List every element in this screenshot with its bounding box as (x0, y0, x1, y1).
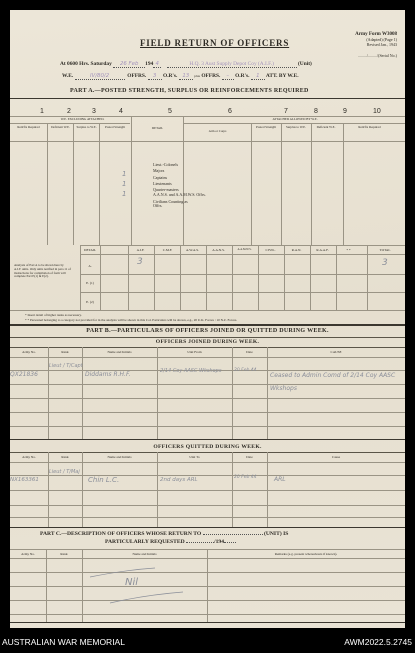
quitted-header: Unit To (157, 455, 232, 459)
grid-line (99, 123, 100, 245)
plus-label: plus (194, 74, 200, 78)
col-number: 5 (168, 108, 172, 115)
analysis-header: A.A.N.S. (206, 248, 231, 252)
name: Chin L.C. (88, 476, 119, 484)
grid-line (80, 274, 405, 275)
analysis-header: A.I.F. (128, 248, 153, 252)
grid-line (10, 462, 405, 463)
grid-line (311, 123, 312, 245)
posted-mark: 1 (122, 190, 126, 198)
part-c-title: PART C.—DESCRIPTION OF OFFICERS WHOSE RE… (40, 531, 201, 537)
grid-line (258, 245, 259, 310)
grid-line (232, 347, 233, 439)
unit-from: 2/14 Coy AASC Wkshops (160, 368, 230, 374)
nil-strike-lines (85, 565, 195, 610)
rank: Lieut / T/Capt (49, 362, 83, 370)
col-number: 1 (40, 108, 44, 115)
grid-line (80, 245, 405, 246)
rank: Lieut / T/Maj (49, 468, 83, 476)
analysis-header: A.W.A.S. (180, 248, 205, 252)
col-header: Rein'fts Required (347, 126, 392, 130)
grid-line (284, 245, 285, 310)
col-header: DETAIL (135, 127, 180, 131)
caption-institution: AUSTRALIAN WAR MEMORIAL (2, 637, 125, 647)
at-label: At 0600 Hrs. Saturday (60, 61, 112, 67)
divider (10, 98, 405, 99)
army-no: QX21836 (10, 371, 38, 378)
part-c-header: Remarks (e.g. present whereabouts if kno… (207, 552, 405, 556)
aif-count: 3 (137, 257, 143, 267)
name: Diddams R.H.F. (85, 371, 131, 378)
col-number: 7 (284, 108, 288, 115)
grid-line (267, 347, 268, 439)
col-header: Posted Strength (252, 126, 280, 130)
caption-accession-number: AWM2022.5.2745 (344, 637, 412, 647)
date: 20 Feb 44 (234, 475, 266, 481)
grid-line (82, 347, 83, 439)
grid-line (82, 452, 83, 527)
quitted-header: Cause (267, 455, 405, 459)
grid-line (10, 490, 405, 491)
analysis-header: C.M.F. (155, 248, 180, 252)
header-line-2: W.E. IV/80/2 OFFRS. 3 O.R's. 13 plus OFF… (62, 73, 299, 80)
col-header: Deficient W.E. (48, 126, 73, 130)
col-header: Surplus to W.E. (282, 126, 310, 130)
grid-line (46, 549, 47, 622)
grid-line (10, 517, 405, 518)
grid-line (10, 412, 405, 413)
grid-line (343, 123, 344, 245)
grid-line (100, 245, 101, 310)
unit-field[interactable]: H.Q. 3 Aust Supply Depot Coy (A.I.F.) (167, 61, 297, 68)
cause: Ceased to Admin Comd of 2/14 Coy AASC Wk… (270, 369, 400, 395)
unit-is-label: (UNIT) IS (264, 531, 288, 537)
ors-label: O.R's. (163, 73, 177, 79)
grid-line (47, 123, 48, 245)
grid-line (48, 347, 49, 439)
grid-line (10, 398, 405, 399)
col-number: 8 (314, 108, 318, 115)
part-c-title-line-1: PART C.—DESCRIPTION OF OFFICERS WHOSE RE… (40, 531, 288, 537)
cause: ARL (274, 476, 286, 483)
joined-title: OFFICERS JOINED DURING WEEK. (10, 339, 405, 345)
att-label: ATT. BY W.E. (266, 73, 299, 79)
form-title: FIELD RETURN OF OFFICERS (140, 38, 289, 48)
grid-line (10, 426, 405, 427)
unit-blank[interactable] (203, 534, 263, 535)
col-header: Arm or Corps (185, 130, 250, 134)
serial-number: ........./........./(Serial No.) (358, 53, 397, 58)
grid-line (154, 245, 155, 310)
ors-field[interactable]: 13 (179, 73, 193, 80)
quitted-header: Name and Initials (82, 455, 157, 459)
footnote-1: * Insert detail of higher ranks as neces… (25, 313, 82, 317)
group-we-excluding: W.E. EXCLUDING ATTACHED. (35, 118, 130, 122)
grid-line (48, 452, 49, 527)
joined-header: Date (232, 350, 267, 354)
divider (10, 324, 405, 326)
detail-row: Civilians Counting as Offrs. (153, 200, 198, 209)
grid-line (10, 357, 405, 358)
grid-line (267, 452, 268, 527)
col-header: Surplus to W.E. (74, 126, 99, 130)
year-prefix: 194 (145, 61, 153, 67)
analysis-header: R.A.A.F. (310, 248, 335, 252)
detail-rank-list: Lieut.-Colonels Majors Captains Lieutena… (153, 162, 208, 209)
col-number: 4 (119, 108, 123, 115)
analysis-note: Analysis of Part A to be shown here by A… (14, 264, 71, 279)
analysis-row: A. (80, 264, 100, 268)
joined-header: Rank (48, 350, 82, 354)
part-c-header: Name and Initials (82, 552, 207, 556)
grid-line (10, 337, 405, 338)
offrs-field[interactable]: 3 (148, 73, 162, 80)
analysis-header: CIVIL. (258, 248, 283, 252)
divider (10, 527, 405, 528)
quitted-header: Army No. (10, 455, 48, 459)
analysis-header: TOTAL (370, 248, 400, 252)
grid-line (82, 549, 83, 622)
grid-line (10, 141, 405, 142)
grid-line (80, 292, 405, 293)
grid-line (367, 245, 368, 310)
grid-line (80, 245, 81, 310)
detail-row: A.A.N.S. and A.A.M.W.S. Offrs. (153, 193, 208, 198)
col-number: 9 (343, 108, 347, 115)
att-ors-label: O.R's. (235, 73, 249, 79)
analysis-row: E. (2) (80, 300, 100, 304)
joined-header: Army No. (10, 350, 48, 354)
grid-line (10, 505, 405, 506)
grid-line (131, 116, 132, 245)
grid-line (207, 549, 208, 622)
grid-line (10, 123, 130, 124)
divider (10, 439, 405, 440)
quitted-title: OFFICERS QUITTED DURING WEEK. (10, 444, 405, 450)
army-no: NX163361 (10, 477, 39, 483)
grid-line (180, 245, 181, 310)
posted-mark: 1 (122, 180, 126, 188)
grid-line (10, 310, 405, 311)
divider (10, 622, 405, 623)
part-b-title: PART B.—PARTICULARS OF OFFICERS JOINED O… (10, 328, 405, 334)
part-c-title-line-2: PARTICULARLY REQUESTED /194 (105, 539, 236, 545)
date-field[interactable]: 26 Feb (113, 61, 145, 68)
grid-line (128, 245, 129, 310)
posted-mark: 1 (122, 170, 126, 178)
grid-line (251, 123, 252, 245)
col-number: 3 (92, 108, 96, 115)
col-header: Posted Strength (100, 126, 130, 130)
analysis-row: E. (1) (80, 281, 100, 285)
col-number: 2 (67, 108, 71, 115)
quitted-header: Date (232, 455, 267, 459)
att-offrs-field[interactable]: – (222, 73, 234, 80)
grid-line (281, 123, 282, 245)
particularly-requested: PARTICULARLY REQUESTED (105, 539, 185, 545)
year-field[interactable]: 4 (153, 61, 161, 68)
we-label: W.E. (62, 73, 73, 79)
att-ors-field[interactable]: 1 (251, 73, 265, 80)
grid-line (73, 123, 74, 245)
grid-line (232, 245, 233, 310)
header-line-1: At 0600 Hrs. Saturday 26 Feb1944 H.Q. 3 … (60, 61, 312, 68)
form-sheet: FIELD RETURN OF OFFICERS Army Form W3008… (10, 10, 405, 628)
date: 20 Feb 44 (234, 368, 266, 374)
col-number: 6 (228, 108, 232, 115)
form-reference: Army Form W3008 (Adapted) (Page 1) Revis… (355, 31, 397, 47)
joined-header: Unit From (157, 350, 232, 354)
grid-line (157, 452, 158, 527)
total-count: 3 (382, 258, 388, 268)
att-offrs-label: OFFRS. (201, 73, 220, 79)
date-blank[interactable] (186, 542, 214, 543)
part-c-header: Army No. (10, 552, 46, 556)
form-revised: Revised Jan., 1943 (367, 42, 397, 47)
grid-line (80, 254, 405, 255)
col-header: Deficient W.E. (312, 126, 340, 130)
we-field[interactable]: IV/80/2 (75, 73, 125, 80)
unit-to: 2nd days ARL (160, 477, 198, 483)
grid-line (206, 245, 207, 310)
analysis-header: * * (336, 248, 361, 252)
group-attached-allowed: ATTACHED ALLOWED BY W.E. (185, 118, 405, 122)
offrs-label: OFFRS. (127, 73, 146, 79)
analysis-header: DETAIL (80, 248, 100, 252)
grid-line (183, 123, 405, 124)
grid-line (336, 245, 337, 310)
part-a-title: PART A.—POSTED STRENGTH, SURPLUS OR REIN… (70, 88, 309, 94)
analysis-header: R.A.N. (284, 248, 309, 252)
part-c-header: Rank (46, 552, 82, 556)
grid-line (10, 452, 405, 453)
joined-header: CAUSE (267, 350, 405, 354)
quitted-header: Rank (48, 455, 82, 459)
col-header: Rein'fts Required (12, 126, 45, 130)
date-suffix: /194 (214, 539, 224, 545)
grid-line (157, 347, 158, 439)
col-number: 10 (373, 108, 381, 115)
analysis-header: A.A.M.W.S. (232, 248, 257, 251)
unit-label: (Unit) (298, 61, 312, 67)
grid-line (232, 452, 233, 527)
nil-mark: Nil (125, 577, 138, 588)
footnote-2: * * Personnel belonging to a category no… (25, 318, 237, 322)
year-blank[interactable] (224, 542, 236, 543)
grid-line (310, 245, 311, 310)
grid-line (10, 347, 405, 348)
joined-header: Name and Initials (82, 350, 157, 354)
